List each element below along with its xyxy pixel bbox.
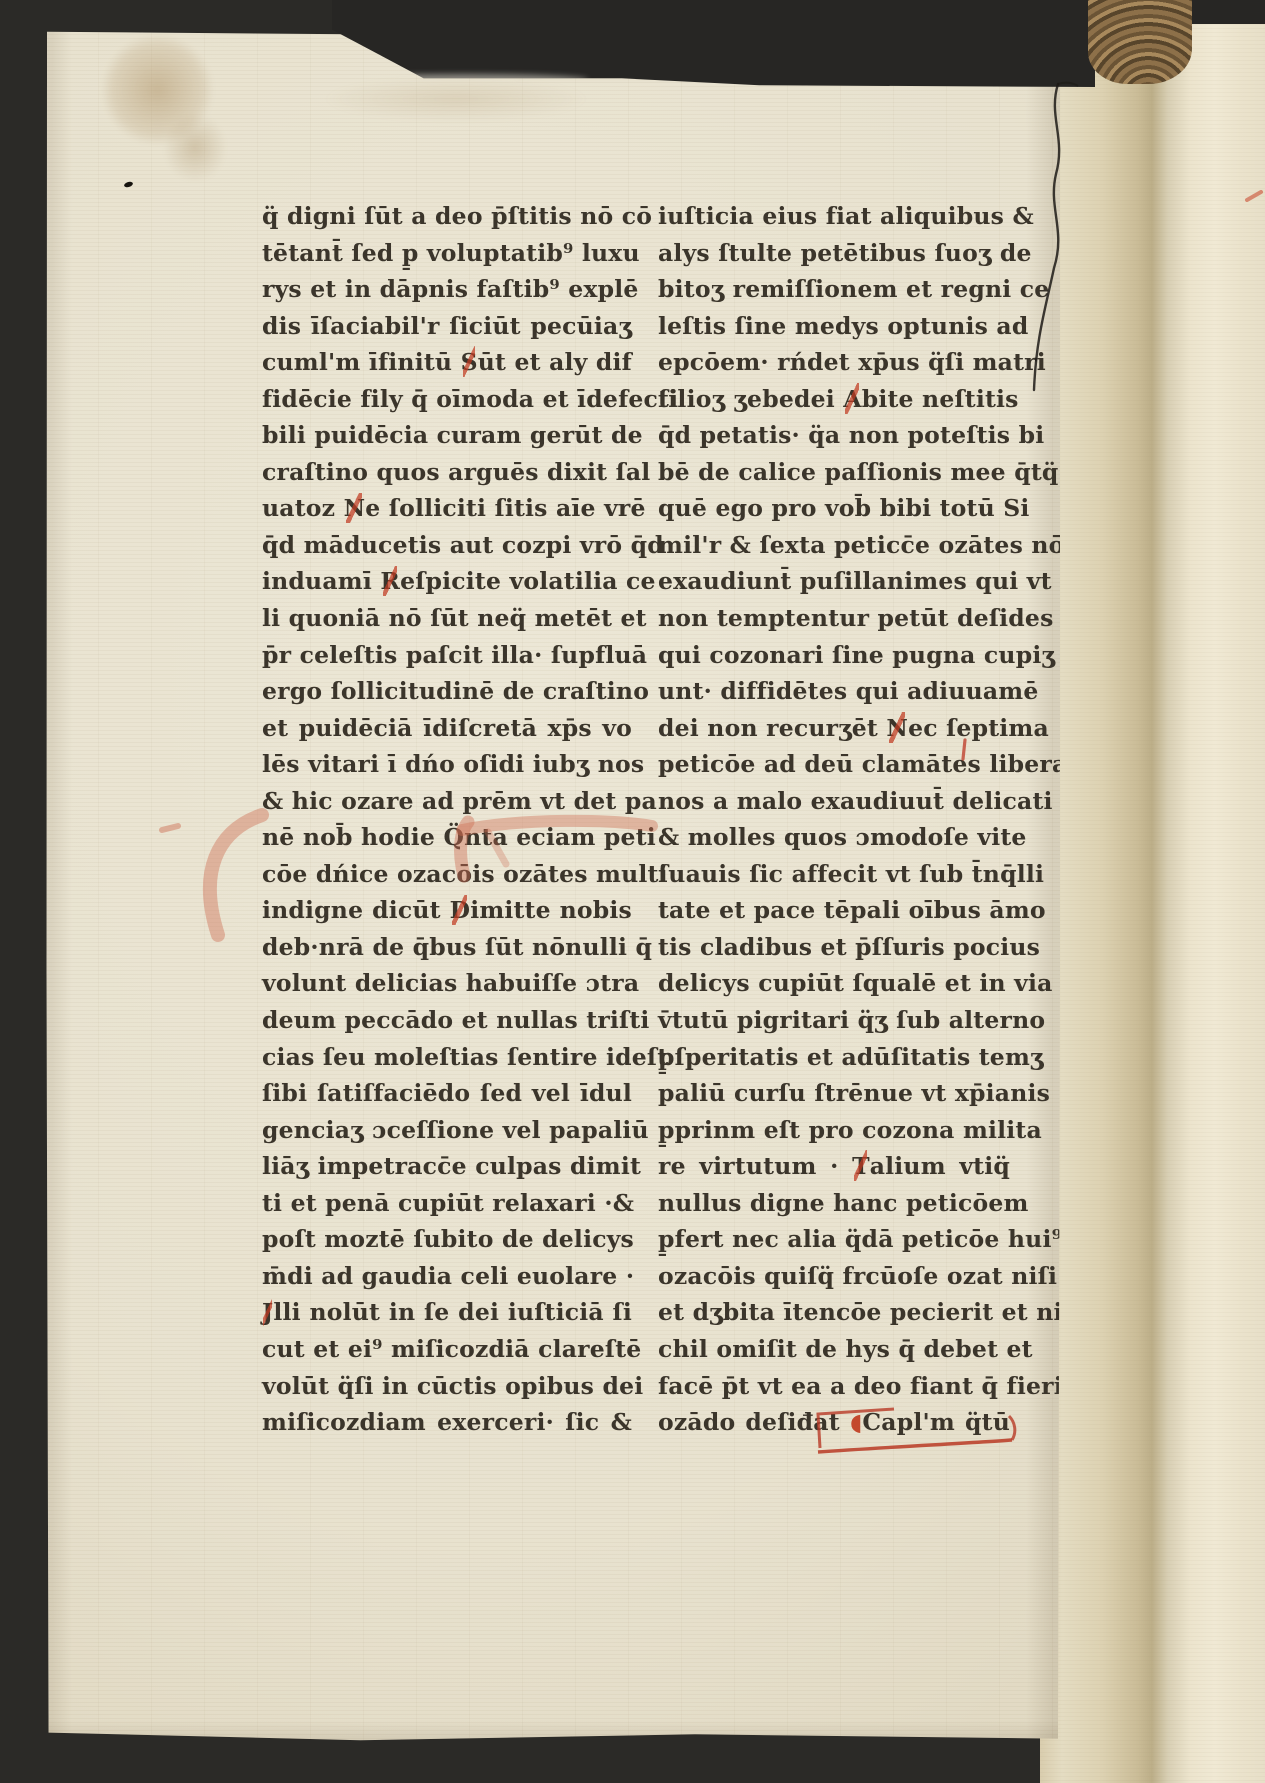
text-line: unt· diffidētes qui adiuuamē (658, 673, 1010, 710)
text-line: nos a malo exaudiuut̄ delicati (658, 783, 1010, 820)
text-line: iuſticia eius fiat aliquibus & (658, 198, 1010, 235)
text-line: bitoʒ remiſſionem et regni ce (658, 271, 1010, 308)
rubricated-initial: N (886, 710, 908, 747)
incunabulum-scan: { "document": { "kind": "incunabulum pag… (0, 0, 1265, 1783)
text-line: p̄r celeſtis paſcit illa· ſupfluā (262, 637, 632, 674)
text-line: induamī Reſpicite volatilia ce (262, 563, 632, 600)
text-line: et dʒbita ītencōe pecierit et ni (658, 1294, 1010, 1331)
text-line: deb·nrā de q̄bus ſūt nōnulli q̄ (262, 929, 632, 966)
crayon-c-curve (178, 803, 288, 948)
text-line: et puidēciā īdiſcretā xp̄s vo (262, 710, 632, 747)
text-line: ſibi ſatiſfaciēdo ſed vel īdul (262, 1075, 632, 1112)
text-line: leſtis ſine medys optunis ad (658, 308, 1010, 345)
text-line: dis īſaciabil'r ſiciūt pecūiaʒ (262, 308, 632, 345)
red-speck-facing-leaf (1244, 186, 1265, 206)
text-line: craſtino quos arguēs dixit ſal (262, 454, 632, 491)
text-line: quē ego pro vob̄ bibi totū Si (658, 490, 1010, 527)
rubricated-initial: S (461, 344, 478, 381)
text-line: volūt q̈ſi in cūctis opibus dei (262, 1368, 632, 1405)
text-line: m̄di ad gaudia celi euolare · (262, 1258, 632, 1295)
text-line: v̄tutū pigritari q̈ʒ ſub alterno (658, 1002, 1010, 1039)
rubricated-initial: J (262, 1294, 273, 1331)
text-line: facē p̄t vt ea a deo fiant q̄ fieri (658, 1368, 1010, 1405)
text-line: fidēcie fily q̄ oīmoda et īdefecti (262, 381, 632, 418)
text-line: tētant̄ ſed p̱ voluptatib⁹ luxu (262, 235, 632, 272)
text-line: re virtutum · Talium vtiq̈ (658, 1148, 1010, 1185)
text-line: poſt moztē ſubito de delicys (262, 1221, 632, 1258)
text-line: ti et penā cupiūt relaxari ·& (262, 1185, 632, 1222)
text-line: volunt delicias habuiſſe ɔtra (262, 965, 632, 1002)
text-line: tate et pace tēpali oībus āmo (658, 892, 1010, 929)
crayon-bracket-qnta (430, 798, 665, 893)
text-line: indigne dicūt Dimitte nobis (262, 892, 632, 929)
black-clamp-band (332, 0, 1095, 87)
text-line: p̱fert nec alia q̈dā peticōe hui⁹ (658, 1221, 1010, 1258)
text-line: liāʒ impetracc̄e culpas dimit (262, 1148, 632, 1185)
text-line: bili puidēcia curam gerūt de (262, 417, 632, 454)
rubricated-initial: N (344, 490, 366, 527)
text-line: exaudiunt̄ puſillanimes qui vt (658, 563, 1010, 600)
text-line: qui cozonari ſine pugna cupiʒ (658, 637, 1010, 674)
text-line: ſuauis ſic affecit vt ſub t̄nq̄lli (658, 856, 1010, 893)
text-line: q̈ digni ſūt a deo p̄ſtitis nō cō (262, 198, 632, 235)
text-line: tis cladibus et p̄ſſuris pocius (658, 929, 1010, 966)
text-line: ozacōis quiſq̈ frcūoſe ozat niſi (658, 1258, 1010, 1295)
text-line: cias ſeu moleſtias ſentire ideſt (262, 1039, 632, 1076)
chapter-mark-underline (798, 1402, 1028, 1464)
text-line: delicys cupiūt ſqualē et in via (658, 965, 1010, 1002)
text-line: cut et ei⁹ miſicozdiā clareſtē (262, 1331, 632, 1368)
crayon-dot-left-margin (158, 818, 184, 840)
text-line: filioʒ ʒebedei Abite neſtitis (658, 381, 1010, 418)
text-line: lēs vitari ī dńo oſidi iubʒ nos (262, 746, 632, 783)
text-line: epcōem· rńdet xp̄us q̈ſi matri (658, 344, 1010, 381)
text-line: deum peccādo et nullas triſti (262, 1002, 632, 1039)
text-line: miſicozdiam exerceri· ſic & (262, 1404, 632, 1441)
text-line: p̱ſperitatis et adūſitatis temʒ (658, 1039, 1010, 1076)
rolled-page-edges (1088, 0, 1192, 84)
text-line: cuml'm īfinitū Sūt et aly dif (262, 344, 632, 381)
text-line: Jlli nolūt in ſe dei iuſticiā ſi (262, 1294, 632, 1331)
text-line: q̄d māducetis aut cozpi vrō q̄d (262, 527, 632, 564)
text-line: p̱prinm eſt pro cozona milita (658, 1112, 1010, 1149)
black-band-top-right (1192, 0, 1265, 24)
text-column-right: iuſticia eius fiat aliquibus &alys ſtult… (658, 198, 1010, 1441)
text-line: rys et in dāpnis faſtib⁹ explē (262, 271, 632, 308)
text-line: genciaʒ ɔceſſione vel papaliū (262, 1112, 632, 1149)
text-line: bē de calice paſſionis mee q̄tq̈ (658, 454, 1010, 491)
gutter-ink-squiggle (1012, 80, 1092, 420)
text-line: alys ſtulte petētibus ſuoʒ de (658, 235, 1010, 272)
rubricated-initial: D (450, 892, 471, 929)
text-line: chil omiſit de hys q̄ debet et (658, 1331, 1010, 1368)
text-line: paliū curſu ſtrēnue vt xp̄ianis (658, 1075, 1010, 1112)
rubricated-initial: R (380, 563, 400, 600)
text-line: uatoz Ne ſolliciti ſitis aīe vrē (262, 490, 632, 527)
red-tick-right-margin (956, 736, 976, 764)
text-line: q̄d petatis· q̈a non poteſtis bi (658, 417, 1010, 454)
text-line: li quoniā nō ſūt neq̈ metēt et (262, 600, 632, 637)
rubricated-initial: A (843, 381, 861, 418)
text-line: nullus digne hanc peticōem (658, 1185, 1010, 1222)
text-line: mil'r & ſexta peticc̄e ozātes nō (658, 527, 1010, 564)
text-line: & molles quos ɔmodoſe vite (658, 819, 1010, 856)
text-line: non temptentur petūt deſides (658, 600, 1010, 637)
text-line: ergo ſollicitudinē de craſtino (262, 673, 632, 710)
rubricated-initial: T (852, 1148, 870, 1185)
